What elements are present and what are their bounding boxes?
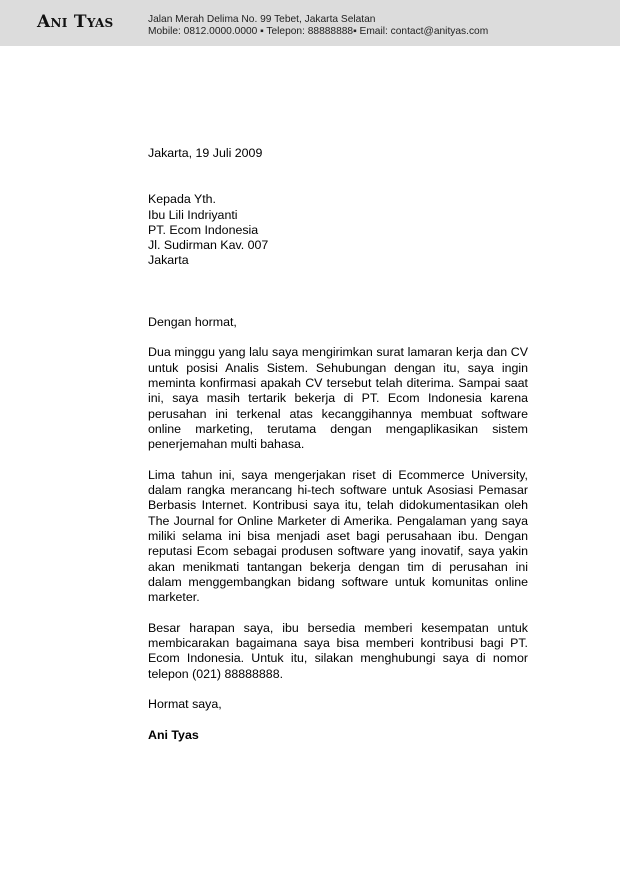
body-paragraph: Dua minggu yang lalu saya mengirimkan su… [148, 345, 528, 452]
letter-body: Jakarta, 19 Juli 2009 Kepada Yth. Ibu Li… [148, 146, 528, 743]
recipient-line: Jakarta [148, 253, 528, 268]
body-paragraph: Lima tahun ini, saya mengerjakan riset d… [148, 468, 528, 606]
salutation: Dengan hormat, [148, 315, 528, 330]
recipient-line: PT. Ecom Indonesia [148, 223, 528, 238]
recipient-line: Kepada Yth. [148, 192, 528, 207]
sender-address: Jalan Merah Delima No. 99 Tebet, Jakarta… [148, 14, 488, 26]
sender-name: Ani Tyas [37, 12, 114, 32]
closing: Hormat saya, [148, 697, 528, 712]
letterhead: Ani Tyas Jalan Merah Delima No. 99 Tebet… [0, 0, 620, 46]
recipient-block: Kepada Yth. Ibu Lili Indriyanti PT. Ecom… [148, 192, 528, 268]
letter-date: Jakarta, 19 Juli 2009 [148, 146, 528, 161]
sender-contact-line: Mobile: 0812.0000.0000 ▪ Telepon: 888888… [148, 26, 488, 38]
body-paragraph: Besar harapan saya, ibu bersedia memberi… [148, 621, 528, 682]
recipient-line: Jl. Sudirman Kav. 007 [148, 238, 528, 253]
sender-contact-block: Jalan Merah Delima No. 99 Tebet, Jakarta… [148, 14, 488, 38]
signature: Ani Tyas [148, 728, 528, 743]
recipient-line: Ibu Lili Indriyanti [148, 208, 528, 223]
